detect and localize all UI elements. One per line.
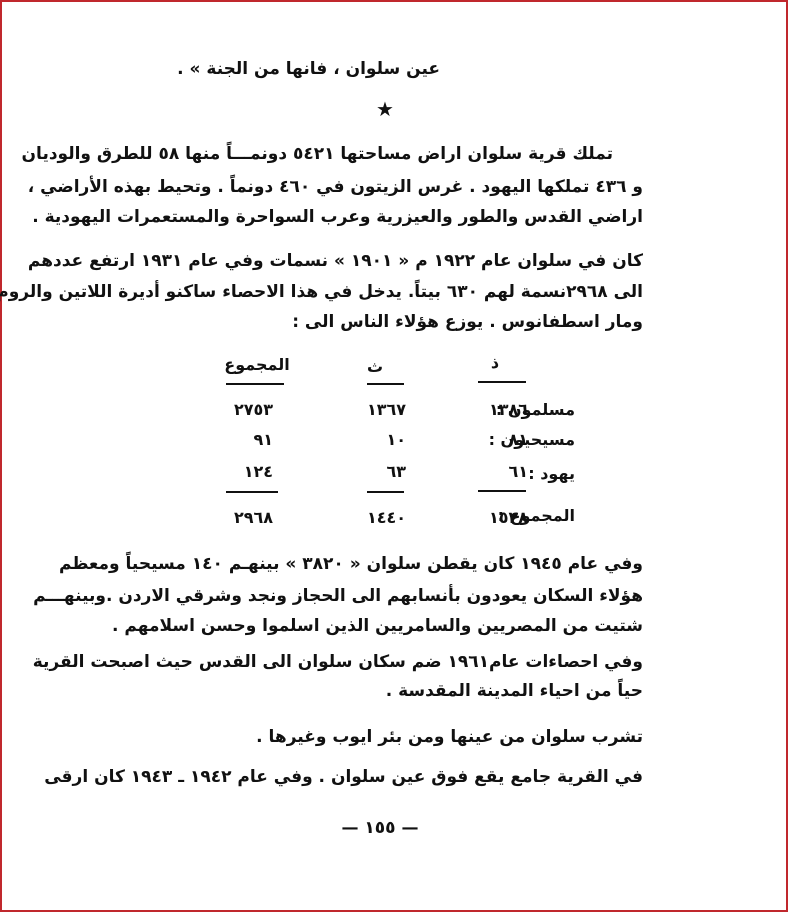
cell-muslims-male: ١٣٨٦ bbox=[489, 400, 528, 419]
para1-line1: تملك قرية سلوان اراض مساحتها ٥٤٢١ دونمــ… bbox=[22, 143, 613, 165]
para1-line3: اراضي القدس والطور والعيزرية وعرب السواح… bbox=[32, 206, 643, 228]
cell-christians-total: ٩١ bbox=[253, 430, 273, 449]
header-total: المجموع bbox=[222, 355, 292, 374]
cell-christians-female: ١٠ bbox=[386, 430, 406, 449]
page-number: — ١٥٥ — bbox=[340, 818, 420, 838]
para2-line3: ومار اسطفانوس . يوزع هؤلاء الناس الى : bbox=[292, 311, 643, 333]
sum-rule-total bbox=[226, 491, 278, 493]
star-separator-icon: ★ bbox=[376, 97, 394, 121]
header-male: ذ bbox=[470, 353, 520, 372]
para3-line2: هؤلاء السكان يعودون بأنسابهم الى الحجاز … bbox=[33, 585, 643, 607]
cell-muslims-total: ٢٧٥٣ bbox=[234, 400, 273, 419]
cell-muslims-female: ١٣٦٧ bbox=[367, 400, 406, 419]
cell-jews-male: ٦١ bbox=[508, 462, 528, 481]
para6-line: في القرية جامع يقع فوق عين سلوان . وفي ع… bbox=[44, 766, 643, 788]
para3-line3: شتيت من المصريين والسامريين الذين اسلموا… bbox=[112, 615, 643, 637]
row-label-christians: مسيحيون : bbox=[489, 430, 575, 449]
header-female: ث bbox=[350, 357, 400, 376]
para2-line2: الى ٢٩٦٨نسمة لهم ٦٣٠ بيتاً. يدخل في هذا … bbox=[0, 281, 643, 303]
intro-line: عين سلوان ، فانها من الجنة » . bbox=[177, 58, 440, 80]
cell-sum-total: ٢٩٦٨ bbox=[234, 508, 273, 527]
para5-line: تشرب سلوان من عينها ومن بئر ايوب وغيرها … bbox=[256, 726, 643, 748]
para2-line1: كان في سلوان عام ١٩٢٢ م « ١٩٠١ » نسمات و… bbox=[28, 250, 643, 272]
document-page: عين سلوان ، فانها من الجنة » . ★ تملك قر… bbox=[0, 0, 788, 912]
para4-line2: حياً من احياء المدينة المقدسة . bbox=[386, 680, 643, 702]
header-rule-total bbox=[226, 383, 284, 385]
row-label-jews: يهود : bbox=[528, 464, 575, 483]
cell-jews-total: ١٢٤ bbox=[244, 462, 273, 481]
para3-line1: وفي عام ١٩٤٥ كان يقطن سلوان « ٣٨٢٠ » بين… bbox=[59, 553, 643, 575]
header-rule-female bbox=[367, 383, 404, 385]
cell-sum-male: ١٥٢٨ bbox=[489, 508, 528, 527]
para4-line1: وفي احصاءات عام١٩٦١ ضم سكان سلوان الى ال… bbox=[33, 651, 643, 673]
cell-sum-female: ١٤٤٠ bbox=[367, 508, 406, 527]
para1-line2: و ٤٣٦ تملكها اليهود . غرس الزيتون في ٤٦٠… bbox=[28, 176, 643, 198]
cell-jews-female: ٦٣ bbox=[386, 462, 406, 481]
sum-rule-male bbox=[478, 490, 526, 492]
header-rule-male bbox=[478, 381, 526, 383]
sum-rule-female bbox=[367, 491, 404, 493]
cell-christians-male: ٨١ bbox=[508, 430, 528, 449]
